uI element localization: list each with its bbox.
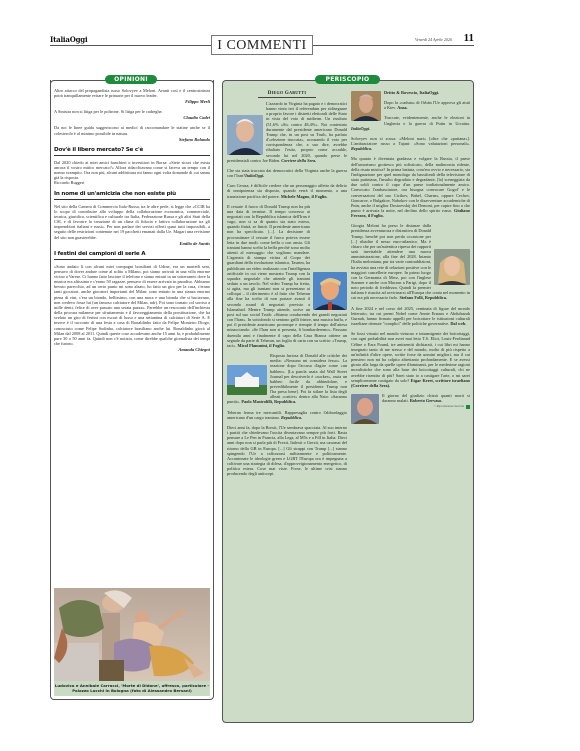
section-heading: In nome di un'amicizia che non esiste pi… <box>54 191 210 200</box>
letter: A Sinistra non si litiga per le poltrone… <box>54 109 210 120</box>
image-caption: Ludovico e Annibale Carracci, 'Morte di … <box>54 681 210 696</box>
periscopio-item: Ma quanto è diventata gradassa e volgare… <box>351 156 470 218</box>
section-text: Nel sito della Camera di Commercio Italo… <box>54 204 210 240</box>
item-source: Repubblica. <box>351 146 372 151</box>
periscopio-item: Dieci anni fa, dopo la Brexit, l'Ue semb… <box>227 425 347 477</box>
opinioni-column: Altro attacco del propagandista russo So… <box>54 88 210 357</box>
letter-signature: Claudio Cadei <box>54 115 210 120</box>
section-signature: Riccardo Ruggeri <box>54 180 210 185</box>
biden-photo <box>227 115 263 155</box>
item-source: Corriere della Sera. <box>281 158 316 163</box>
masthead: ItaliaOggi I COMMENTI Venerdì 24 Aprile … <box>50 32 474 62</box>
item-text: Se fossi vissuto nel mondo virtuoso e in… <box>351 331 470 382</box>
section-title: I COMMENTI <box>211 35 313 55</box>
letter-text: A Sinistra non si litiga per le poltrone… <box>54 109 210 114</box>
periscopio-column-2: Dritto & Rovescio, ItaliaOggi. Dopo la «… <box>351 90 470 425</box>
periscopio-item: Caro Cerasa, è difficile credere che un … <box>227 183 347 198</box>
periscopio-item: Dritto & Rovescio, ItaliaOggi. <box>351 90 470 95</box>
periscopio-item: Se fossi vissuto nel mondo virtuoso e in… <box>351 331 470 388</box>
periscopio-item: Il giorno del giudizio chissà quanti mor… <box>351 393 470 409</box>
letter-text: Altro attacco del propagandista russo So… <box>54 88 210 98</box>
letter: Da noi le linee guida suggeriscono ai me… <box>54 125 210 141</box>
item-text: Ma quanto è diventata gradassa e volgare… <box>351 156 470 213</box>
item-text: Dieci anni fa, dopo la Brexit, l'Ue semb… <box>227 425 347 477</box>
gervaso-photo <box>351 394 379 424</box>
trump-photo <box>313 272 347 310</box>
periscopio-item: Il cessate il fuoco di Donald Trump non … <box>227 204 347 348</box>
item-source: Repubblica. <box>281 415 302 420</box>
section-signature: Amanda Chiegni <box>54 347 210 352</box>
item-text: Solovyev non si scusa: «Meloni nazi» [ol… <box>351 136 470 146</box>
item-source: Paolo Mastrolilli, Repubblica. <box>241 399 296 404</box>
issue-date: Venerdì 24 Aprile 2026 <box>415 37 452 42</box>
periscopio-item: L'azzardo in Virginia ha pagato e i demo… <box>227 101 347 163</box>
item-source: ItaliaOggi. <box>351 126 370 131</box>
opinion-section: I festini dei campioni di serie A «Sono … <box>54 251 210 353</box>
item-source: Ansa. <box>397 105 407 110</box>
periscopio-item: Giorgia Meloni ha preso le distanze dall… <box>351 223 470 300</box>
white-house-photo <box>227 365 267 395</box>
periscopio-label: PERISCOPIO <box>315 75 380 84</box>
section-text: Dal 2020 chiedo ai miei amici banchieri … <box>54 160 210 181</box>
tajani-photo <box>351 91 381 121</box>
item-source: Dritto & Rovescio, ItaliaOggi. <box>384 90 439 95</box>
item-source: Dal web. <box>450 321 466 326</box>
letter: Altro attacco del propagandista russo So… <box>54 88 210 104</box>
letter-signature: Stefano Rolando <box>54 137 210 142</box>
item-source: ItaliaOggi. <box>245 173 264 178</box>
copyright-note: © Riproduzione riservata <box>434 404 464 408</box>
section-signature: Emilio de Santis <box>54 241 210 246</box>
fresco-illustration <box>54 588 210 682</box>
fresco-painting-image <box>54 588 210 682</box>
item-source: Micol Flammini, il Foglio. <box>238 343 286 348</box>
newspaper-logo: ItaliaOggi <box>50 35 87 44</box>
opinion-section: Dov'è il libero mercato? Se c'è Dal 2020… <box>54 147 210 186</box>
opinion-section: In nome di un'amicizia che non esiste pi… <box>54 191 210 246</box>
page-number: 11 <box>464 32 474 44</box>
meloni-photo <box>434 249 470 285</box>
section-heading: I festini dei campioni di serie A <box>54 251 210 260</box>
letter-signature: Filippo Merli <box>54 99 210 104</box>
periscopio-column-1: Diego Gabutti L'azzardo in Virginia ha p… <box>227 90 347 481</box>
periscopio-item: A fine 2024 e nel corso del 2025, centin… <box>351 306 470 327</box>
periscopio-item: Teheran ferma tre mercantili. Rappresagl… <box>227 410 347 420</box>
periscopio-item: Solovyev non si scusa: «Meloni nazi» [ol… <box>351 136 470 151</box>
section-heading: Dov'è il libero mercato? Se c'è <box>54 147 210 156</box>
letter-text: Da noi le linee guida suggeriscono ai me… <box>54 125 210 135</box>
end-square-icon <box>466 405 470 409</box>
author-byline: Diego Gabutti <box>258 90 316 98</box>
item-text: Truccate, evidentemente, anche le elezio… <box>384 115 470 125</box>
item-source: Michele Magno, il Foglio. <box>281 194 328 199</box>
periscopio-item: Risposta furiosa di Donald alle critiche… <box>227 353 347 405</box>
periscopio-item: Che sia stata truccata dai democratici d… <box>227 168 347 178</box>
item-source: Stefano Folli, Repubblica. <box>399 295 447 300</box>
item-source: Roberto Gervaso. <box>410 398 442 403</box>
section-text: «Sono andato lì con alcuni miei compagni… <box>54 264 210 347</box>
opinioni-label: OPINIONI <box>105 75 157 84</box>
